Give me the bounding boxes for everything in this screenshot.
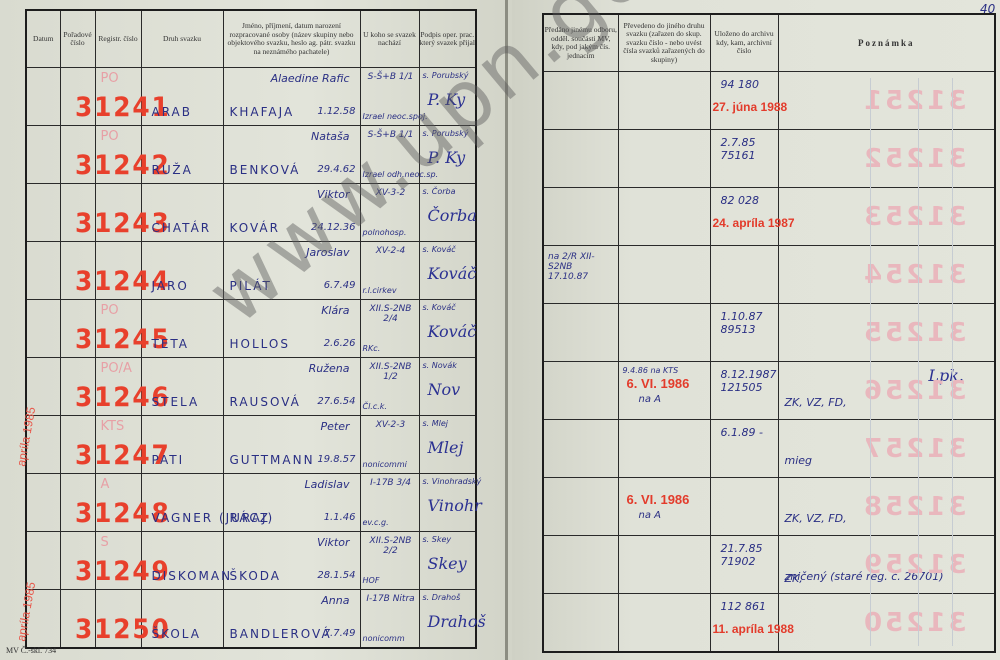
table-row: 82 028 24. apríla 1987 31253 (543, 188, 995, 246)
cell-jmeno: Alaedine Rafic KHAFAJA 1.12.58 (223, 68, 360, 126)
archive-number: 6.1.89 - (721, 426, 771, 439)
cell-druh: STELA (141, 358, 223, 416)
cell-poradove: S 31249 (60, 532, 95, 590)
surname: BENKOVÁ (230, 163, 301, 177)
cell-poznamka: 31255 (778, 304, 995, 362)
first-name: Peter (320, 420, 349, 433)
cell-poradove: PO 31245 (60, 300, 95, 358)
table-row: S 31249 DISKOMAN Viktor ŠKODA 28.1.54 XI… (26, 532, 476, 590)
birth-date: 24.12.36 (311, 222, 356, 233)
cell-datum (26, 300, 60, 358)
cell-predano (543, 420, 618, 478)
table-row: 1.10.87 89513 31255 (543, 304, 995, 362)
bleed-through-number: 31251 (861, 86, 966, 116)
cell-registr (95, 358, 141, 416)
first-name: Ružena (309, 362, 350, 375)
form-code: MV Č.-skl. 734 (6, 646, 56, 655)
header-podpis: Podpis oper. prac. který svazek přijal (419, 10, 476, 68)
cell-ulozeno: 112 861 11. apríla 1988 (710, 594, 778, 653)
officer-name: s. Mlej (423, 419, 449, 428)
location-note: Izrael neoc.spoj. (363, 112, 428, 121)
conversion-target: na A (639, 510, 662, 521)
cell-prevedeno: 9.4.86 na KTS 6. VI. 1986 na A (618, 362, 710, 420)
birth-date: 29.4.62 (317, 164, 355, 175)
file-type: ŠKOLA (152, 627, 201, 641)
surname: BANDLEROVÁ (230, 627, 332, 641)
location-note: polnohosp. (363, 228, 407, 237)
archive-date-stamp: 27. júna 1988 (713, 100, 788, 114)
cell-registr (95, 126, 141, 184)
first-name: Ladislav (305, 478, 350, 491)
cell-poradove: PO 31242 (60, 126, 95, 184)
cell-prevedeno (618, 72, 710, 130)
cell-podpis: s. Čorba Čorba (419, 184, 476, 242)
cell-podpis: s. Porubský P. Ky (419, 126, 476, 184)
table-row: PO/A 31246 STELA Ružena RAUSOVÁ 27.6.54 … (26, 358, 476, 416)
cell-prevedeno (618, 246, 710, 304)
bleed-through-number: 31254 (861, 260, 966, 290)
officer-signature: Vinohr (428, 496, 482, 515)
bleed-through-number: 31258 (861, 492, 966, 522)
cell-poznamka: 31252 (778, 130, 995, 188)
cell-u-koho: S-Š+B 1/1 Izrael neoc.spoj. (360, 68, 419, 126)
cell-jmeno: Ružena RAUSOVÁ 27.6.54 (223, 358, 360, 416)
cell-poznamka: 31254 (778, 246, 995, 304)
cell-druh: ŠKOLA (141, 590, 223, 649)
table-row: 94 180 27. júna 1988 31251 (543, 72, 995, 130)
cell-jmeno: Viktor ŠKODA 28.1.54 (223, 532, 360, 590)
header-prevedeno: Převedeno do jiného druhu svazku (zařaze… (618, 14, 710, 72)
cell-jmeno: Viktor KOVÁR 24.12.36 (223, 184, 360, 242)
cell-poznamka: 31250 (778, 594, 995, 653)
archive-number: 21.7.85 71902 (721, 542, 771, 568)
table-row: 31243 CHATÁR Viktor KOVÁR 24.12.36 XV-3-… (26, 184, 476, 242)
table-row: 2.7.85 75161 31252 (543, 130, 995, 188)
officer-name: s. Kováč (423, 245, 456, 254)
cell-registr (95, 184, 141, 242)
cell-datum (26, 242, 60, 300)
location-code: XV-2-3 (365, 420, 417, 430)
first-name: Viktor (317, 188, 350, 201)
birth-date: 1.12.58 (317, 106, 355, 117)
cell-jmeno: Ladislav RÁCZ 1.1.46 (223, 474, 360, 532)
cell-podpis: s. Skey Skey (419, 532, 476, 590)
officer-signature: Kováč (428, 322, 477, 341)
location-note: Čl.c.k. (363, 402, 387, 411)
cell-poznamka: ZK, VZ, FD, Lpk. 31256 (778, 362, 995, 420)
location-code: S-Š+B 1/1 (365, 72, 417, 82)
location-note: r.l.cirkev (363, 286, 397, 295)
table-row: A 31248 VAGNER (JURAJ) Ladislav RÁCZ 1.1… (26, 474, 476, 532)
officer-name: s. Drahoš (423, 593, 461, 602)
table-row: 6. VI. 1986 na A ZK, VZ, FD, 31258 (543, 478, 995, 536)
birth-date: 27.6.54 (317, 396, 355, 407)
first-name: Viktor (317, 536, 350, 549)
officer-name: s. Porubský (423, 129, 469, 138)
file-type: CHATÁR (152, 221, 212, 235)
cell-registr (95, 590, 141, 649)
cell-poznamka: zničený (staré reg. č. 26701) ZK, 31259 (778, 536, 995, 594)
surname: KOVÁR (230, 221, 280, 235)
surname: ŠKODA (230, 569, 282, 583)
cell-u-koho: I-17B 3/4 ev.c.g. (360, 474, 419, 532)
cell-poradove: PO/A 31246 (60, 358, 95, 416)
header-poradove-cislo: Pořadové číslo (60, 10, 95, 68)
bleed-through-number: 31253 (861, 202, 966, 232)
file-type: STELA (152, 395, 200, 409)
cell-ulozeno: 2.7.85 75161 (710, 130, 778, 188)
cell-poradove: KTS 31247 (60, 416, 95, 474)
location-code: S-Š+B 1/1 (365, 130, 417, 140)
cell-predano (543, 478, 618, 536)
surname: KHAFAJA (230, 105, 295, 119)
cell-registr (95, 474, 141, 532)
first-name: Jaroslav (306, 246, 349, 259)
cell-druh: RUŽA (141, 126, 223, 184)
first-name: Nataša (311, 130, 350, 143)
archive-number: 1.10.87 89513 (721, 310, 771, 336)
table-row: na 2/R XII-S2NB 17.10.87 31254 (543, 246, 995, 304)
cell-ulozeno: 21.7.85 71902 (710, 536, 778, 594)
officer-name: s. Porubský (423, 71, 469, 80)
cell-predano (543, 72, 618, 130)
header-predano: Předáno jinému odboru, odděl. součásti M… (543, 14, 618, 72)
transfer-note: na 2/R XII-S2NB 17.10.87 (548, 252, 608, 282)
cell-podpis: s. Kováč Kováč (419, 242, 476, 300)
cell-prevedeno (618, 188, 710, 246)
remark-extra: ZK, (785, 572, 803, 585)
officer-signature: Skey (428, 554, 467, 573)
table-row: PO 31241 ARAB Alaedine Rafic KHAFAJA 1.1… (26, 68, 476, 126)
birth-date: 19.8.57 (317, 454, 355, 465)
officer-signature: Kováč (428, 264, 477, 283)
first-name: Klára (321, 304, 349, 317)
location-note: RKc. (363, 344, 381, 353)
bleed-through-number: 31259 (861, 550, 966, 580)
officer-name: s. Novák (423, 361, 457, 370)
cell-prevedeno (618, 130, 710, 188)
remark: ZK, VZ, FD, (785, 512, 847, 525)
file-type: RUŽA (152, 163, 193, 177)
cell-u-koho: XV-2-4 r.l.cirkev (360, 242, 419, 300)
cell-u-koho: S-Š+B 1/1 Izrael odh.neoc.sp. (360, 126, 419, 184)
surname: HOLLOS (230, 337, 290, 351)
officer-signature: Mlej (428, 438, 464, 457)
file-type: JARO (152, 279, 189, 293)
conversion-target: na A (639, 394, 662, 405)
cell-prevedeno: 6. VI. 1986 na A (618, 478, 710, 536)
cell-registr (95, 300, 141, 358)
cell-datum (26, 184, 60, 242)
cell-u-koho: XII.S-2NB 1/2 Čl.c.k. (360, 358, 419, 416)
table-row: PO 31245 TETA Klára HOLLOS 2.6.26 XII.S-… (26, 300, 476, 358)
cell-ulozeno: 6.1.89 - (710, 420, 778, 478)
first-name: Alaedine Rafic (271, 72, 350, 85)
file-type: DISKOMAN (152, 569, 233, 583)
location-code: XII.S-2NB 2/2 (365, 536, 417, 556)
bleed-through-number: 31255 (861, 318, 966, 348)
conversion-note: 9.4.86 na KTS (623, 366, 679, 375)
cell-registr (95, 68, 141, 126)
header-ulozeno: Uloženo do archivu kdy, kam, archivní čí… (710, 14, 778, 72)
birth-date: 7.7.49 (324, 628, 356, 639)
location-code: XII.S-2NB 2/4 (365, 304, 417, 324)
cell-predano (543, 188, 618, 246)
table-row: 31250 ŠKOLA Anna BANDLEROVÁ 7.7.49 I-17B… (26, 590, 476, 649)
cell-podpis: s. Mlej Mlej (419, 416, 476, 474)
header-u-koho: U koho se svazek nachází (360, 10, 419, 68)
faint-ruling (952, 78, 953, 646)
cell-poznamka: 31251 (778, 72, 995, 130)
cell-druh: CHATÁR (141, 184, 223, 242)
cell-podpis: s. Drahoš Drahoš (419, 590, 476, 649)
cell-predano (543, 594, 618, 653)
officer-signature: Nov (428, 380, 461, 399)
cell-podpis: s. Porubský P. Ky (419, 68, 476, 126)
cell-registr (95, 242, 141, 300)
cell-predano (543, 536, 618, 594)
surname: GUTTMANN (230, 453, 315, 467)
remark: mieg (785, 454, 813, 467)
cell-prevedeno (618, 536, 710, 594)
cell-datum (26, 126, 60, 184)
cell-datum (26, 68, 60, 126)
cell-poradove: 31244 (60, 242, 95, 300)
table-row: 6.1.89 - mieg 31257 (543, 420, 995, 478)
cell-druh: TETA (141, 300, 223, 358)
register-table-left: Datum Pořadové číslo Registr. číslo Druh… (25, 9, 477, 649)
cell-poradove: A 31248 (60, 474, 95, 532)
surname: PILÁT (230, 279, 272, 293)
header-registr-cislo: Registr. číslo (95, 10, 141, 68)
officer-name: s. Skey (423, 535, 452, 544)
bleed-through-number: 31250 (861, 608, 966, 638)
table-row: KTS 31247 PATI Peter GUTTMANN 19.8.57 XV… (26, 416, 476, 474)
archive-number: 2.7.85 75161 (721, 136, 771, 162)
cell-druh: DISKOMAN (141, 532, 223, 590)
cell-druh: PATI (141, 416, 223, 474)
cell-jmeno: Klára HOLLOS 2.6.26 (223, 300, 360, 358)
book-spine (505, 0, 508, 660)
cell-jmeno: Anna BANDLEROVÁ 7.7.49 (223, 590, 360, 649)
surname: RÁCZ (230, 511, 270, 525)
location-note: HOF (363, 576, 380, 585)
archive-number: 8.12.1987 121505 (721, 368, 771, 394)
header-druh-svazku: Druh svazku (141, 10, 223, 68)
officer-name: s. Kováč (423, 303, 456, 312)
table-row: 21.7.85 71902 zničený (staré reg. č. 267… (543, 536, 995, 594)
location-note: nonicomm (363, 634, 405, 643)
table-row: PO 31242 RUŽA Nataša BENKOVÁ 29.4.62 S-Š… (26, 126, 476, 184)
archive-number: 112 861 (721, 600, 771, 613)
cell-podpis: s. Novák Nov (419, 358, 476, 416)
cell-ulozeno: 94 180 27. júna 1988 (710, 72, 778, 130)
cell-druh: VAGNER (JURAJ) (141, 474, 223, 532)
file-type: ARAB (152, 105, 193, 119)
cell-prevedeno (618, 594, 710, 653)
birth-date: 28.1.54 (317, 570, 355, 581)
cell-u-koho: XV-2-3 nonicommi (360, 416, 419, 474)
cell-poznamka: 31253 (778, 188, 995, 246)
cell-u-koho: XV-3-2 polnohosp. (360, 184, 419, 242)
surname: RAUSOVÁ (230, 395, 301, 409)
faint-ruling (870, 78, 871, 646)
cell-ulozeno: 8.12.1987 121505 (710, 362, 778, 420)
officer-signature: P. Ky (428, 90, 466, 109)
table-row: 112 861 11. apríla 1988 31250 (543, 594, 995, 653)
cell-poradove: 31250 (60, 590, 95, 649)
officer-signature: P. Ky (428, 148, 466, 167)
cell-datum (26, 532, 60, 590)
header-datum: Datum (26, 10, 60, 68)
cell-predano (543, 304, 618, 362)
archive-number: 94 180 (721, 78, 771, 91)
officer-name: s. Vinohradský (423, 477, 482, 486)
cell-u-koho: XII.S-2NB 2/4 RKc. (360, 300, 419, 358)
cell-jmeno: Jaroslav PILÁT 6.7.49 (223, 242, 360, 300)
cell-poznamka: mieg 31257 (778, 420, 995, 478)
location-code: I-17B Nitra (365, 594, 417, 604)
cell-predano (543, 362, 618, 420)
officer-signature: Drahoš (428, 612, 486, 631)
cell-prevedeno (618, 420, 710, 478)
remark: ZK, VZ, FD, (785, 396, 847, 409)
cell-registr (95, 532, 141, 590)
cell-datum (26, 474, 60, 532)
header-jmeno: Jméno, příjmení, datum narození rozpraco… (223, 10, 360, 68)
birth-date: 6.7.49 (324, 280, 356, 291)
file-type: PATI (152, 453, 185, 467)
table-row: 31244 JARO Jaroslav PILÁT 6.7.49 XV-2-4 … (26, 242, 476, 300)
register-table-right: Předáno jinému odboru, odděl. součásti M… (542, 13, 996, 653)
bleed-through-number: 31256 (861, 376, 966, 406)
location-note: ev.c.g. (363, 518, 389, 527)
table-row: 9.4.86 na KTS 6. VI. 1986 na A 8.12.1987… (543, 362, 995, 420)
conversion-date-stamp: 6. VI. 1986 (627, 492, 690, 507)
location-code: XII.S-2NB 1/2 (365, 362, 417, 382)
cell-poradove: PO 31241 (60, 68, 95, 126)
cell-predano: na 2/R XII-S2NB 17.10.87 (543, 246, 618, 304)
location-code: XV-2-4 (365, 246, 417, 256)
cell-u-koho: I-17B Nitra nonicomm (360, 590, 419, 649)
bleed-through-number: 31257 (861, 434, 966, 464)
cell-poradove: 31243 (60, 184, 95, 242)
cell-druh: JARO (141, 242, 223, 300)
cell-ulozeno: 1.10.87 89513 (710, 304, 778, 362)
cell-predano (543, 130, 618, 188)
cell-podpis: s. Vinohradský Vinohr (419, 474, 476, 532)
bleed-through-number: 31252 (861, 144, 966, 174)
file-type: TETA (152, 337, 190, 351)
conversion-date-stamp: 6. VI. 1986 (627, 376, 690, 391)
cell-podpis: s. Kováč Kováč (419, 300, 476, 358)
cell-jmeno: Nataša BENKOVÁ 29.4.62 (223, 126, 360, 184)
faint-ruling (918, 78, 919, 646)
cell-ulozeno (710, 478, 778, 536)
first-name: Anna (321, 594, 349, 607)
officer-name: s. Čorba (423, 187, 456, 196)
cell-u-koho: XII.S-2NB 2/2 HOF (360, 532, 419, 590)
header-poznamka: Poznámka (778, 14, 995, 72)
birth-date: 1.1.46 (324, 512, 356, 523)
cell-jmeno: Peter GUTTMANN 19.8.57 (223, 416, 360, 474)
archive-number: 82 028 (721, 194, 771, 207)
cell-registr (95, 416, 141, 474)
officer-signature: Čorba (428, 206, 477, 225)
birth-date: 2.6.26 (324, 338, 356, 349)
cell-poznamka: ZK, VZ, FD, 31258 (778, 478, 995, 536)
location-code: I-17B 3/4 (365, 478, 417, 488)
location-code: XV-3-2 (365, 188, 417, 198)
location-note: nonicommi (363, 460, 407, 469)
cell-ulozeno (710, 246, 778, 304)
cell-druh: ARAB (141, 68, 223, 126)
cell-prevedeno (618, 304, 710, 362)
cell-ulozeno: 82 028 24. apríla 1987 (710, 188, 778, 246)
page-number: 40 (980, 2, 995, 16)
